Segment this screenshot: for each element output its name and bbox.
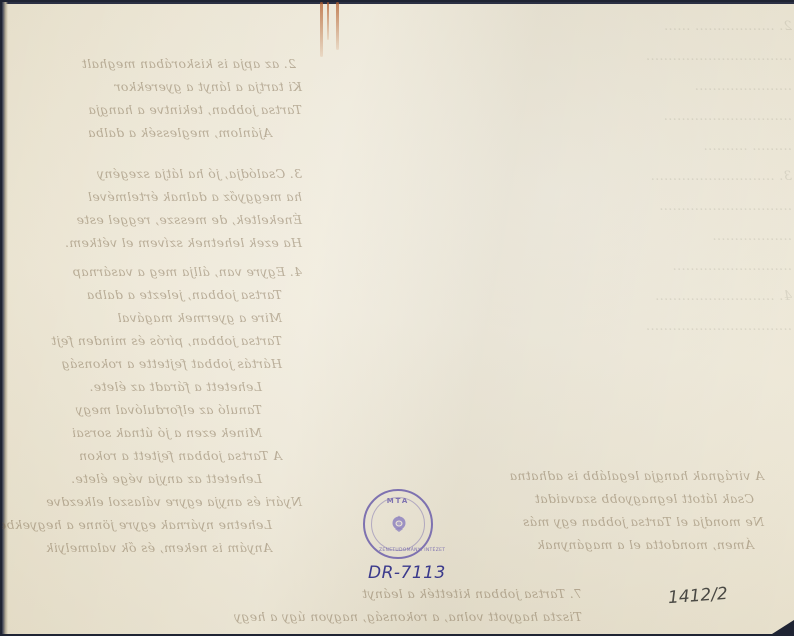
stamp-top-text: MTA: [365, 497, 431, 505]
mta-institute-stamp: MTA ZENETUDOMÁNYI INTÉZET: [363, 489, 433, 559]
rust-stain: [327, 2, 329, 40]
scan-left-edge: [2, 2, 8, 634]
bleed-through-bottom-right: A virágnak hangja legalább is adhatna Cs…: [474, 464, 764, 556]
document-page: 2. az apja is kiskorában meghalt Ki tart…: [2, 2, 794, 634]
bleed-through-faint-right: 2. .................. ...... ...........…: [442, 12, 792, 342]
rust-stain: [320, 2, 323, 57]
scan-corner-shadow: [772, 620, 794, 634]
bleed-through-left-column: 2. az apja is kiskorában meghalt Ki tart…: [22, 52, 302, 559]
bleed-through-line-7: 7. Tartsa jobban kitették a leányt Tiszt…: [252, 582, 582, 628]
stamp-bottom-text: ZENETUDOMÁNYI INTÉZET: [379, 548, 445, 553]
hungarian-coat-of-arms-icon: [391, 515, 407, 533]
catalog-number: DR-7113: [368, 563, 446, 583]
pencil-archive-number: 1412/2: [667, 584, 728, 608]
scan-top-edge: [2, 2, 794, 4]
rust-stain: [336, 2, 339, 50]
